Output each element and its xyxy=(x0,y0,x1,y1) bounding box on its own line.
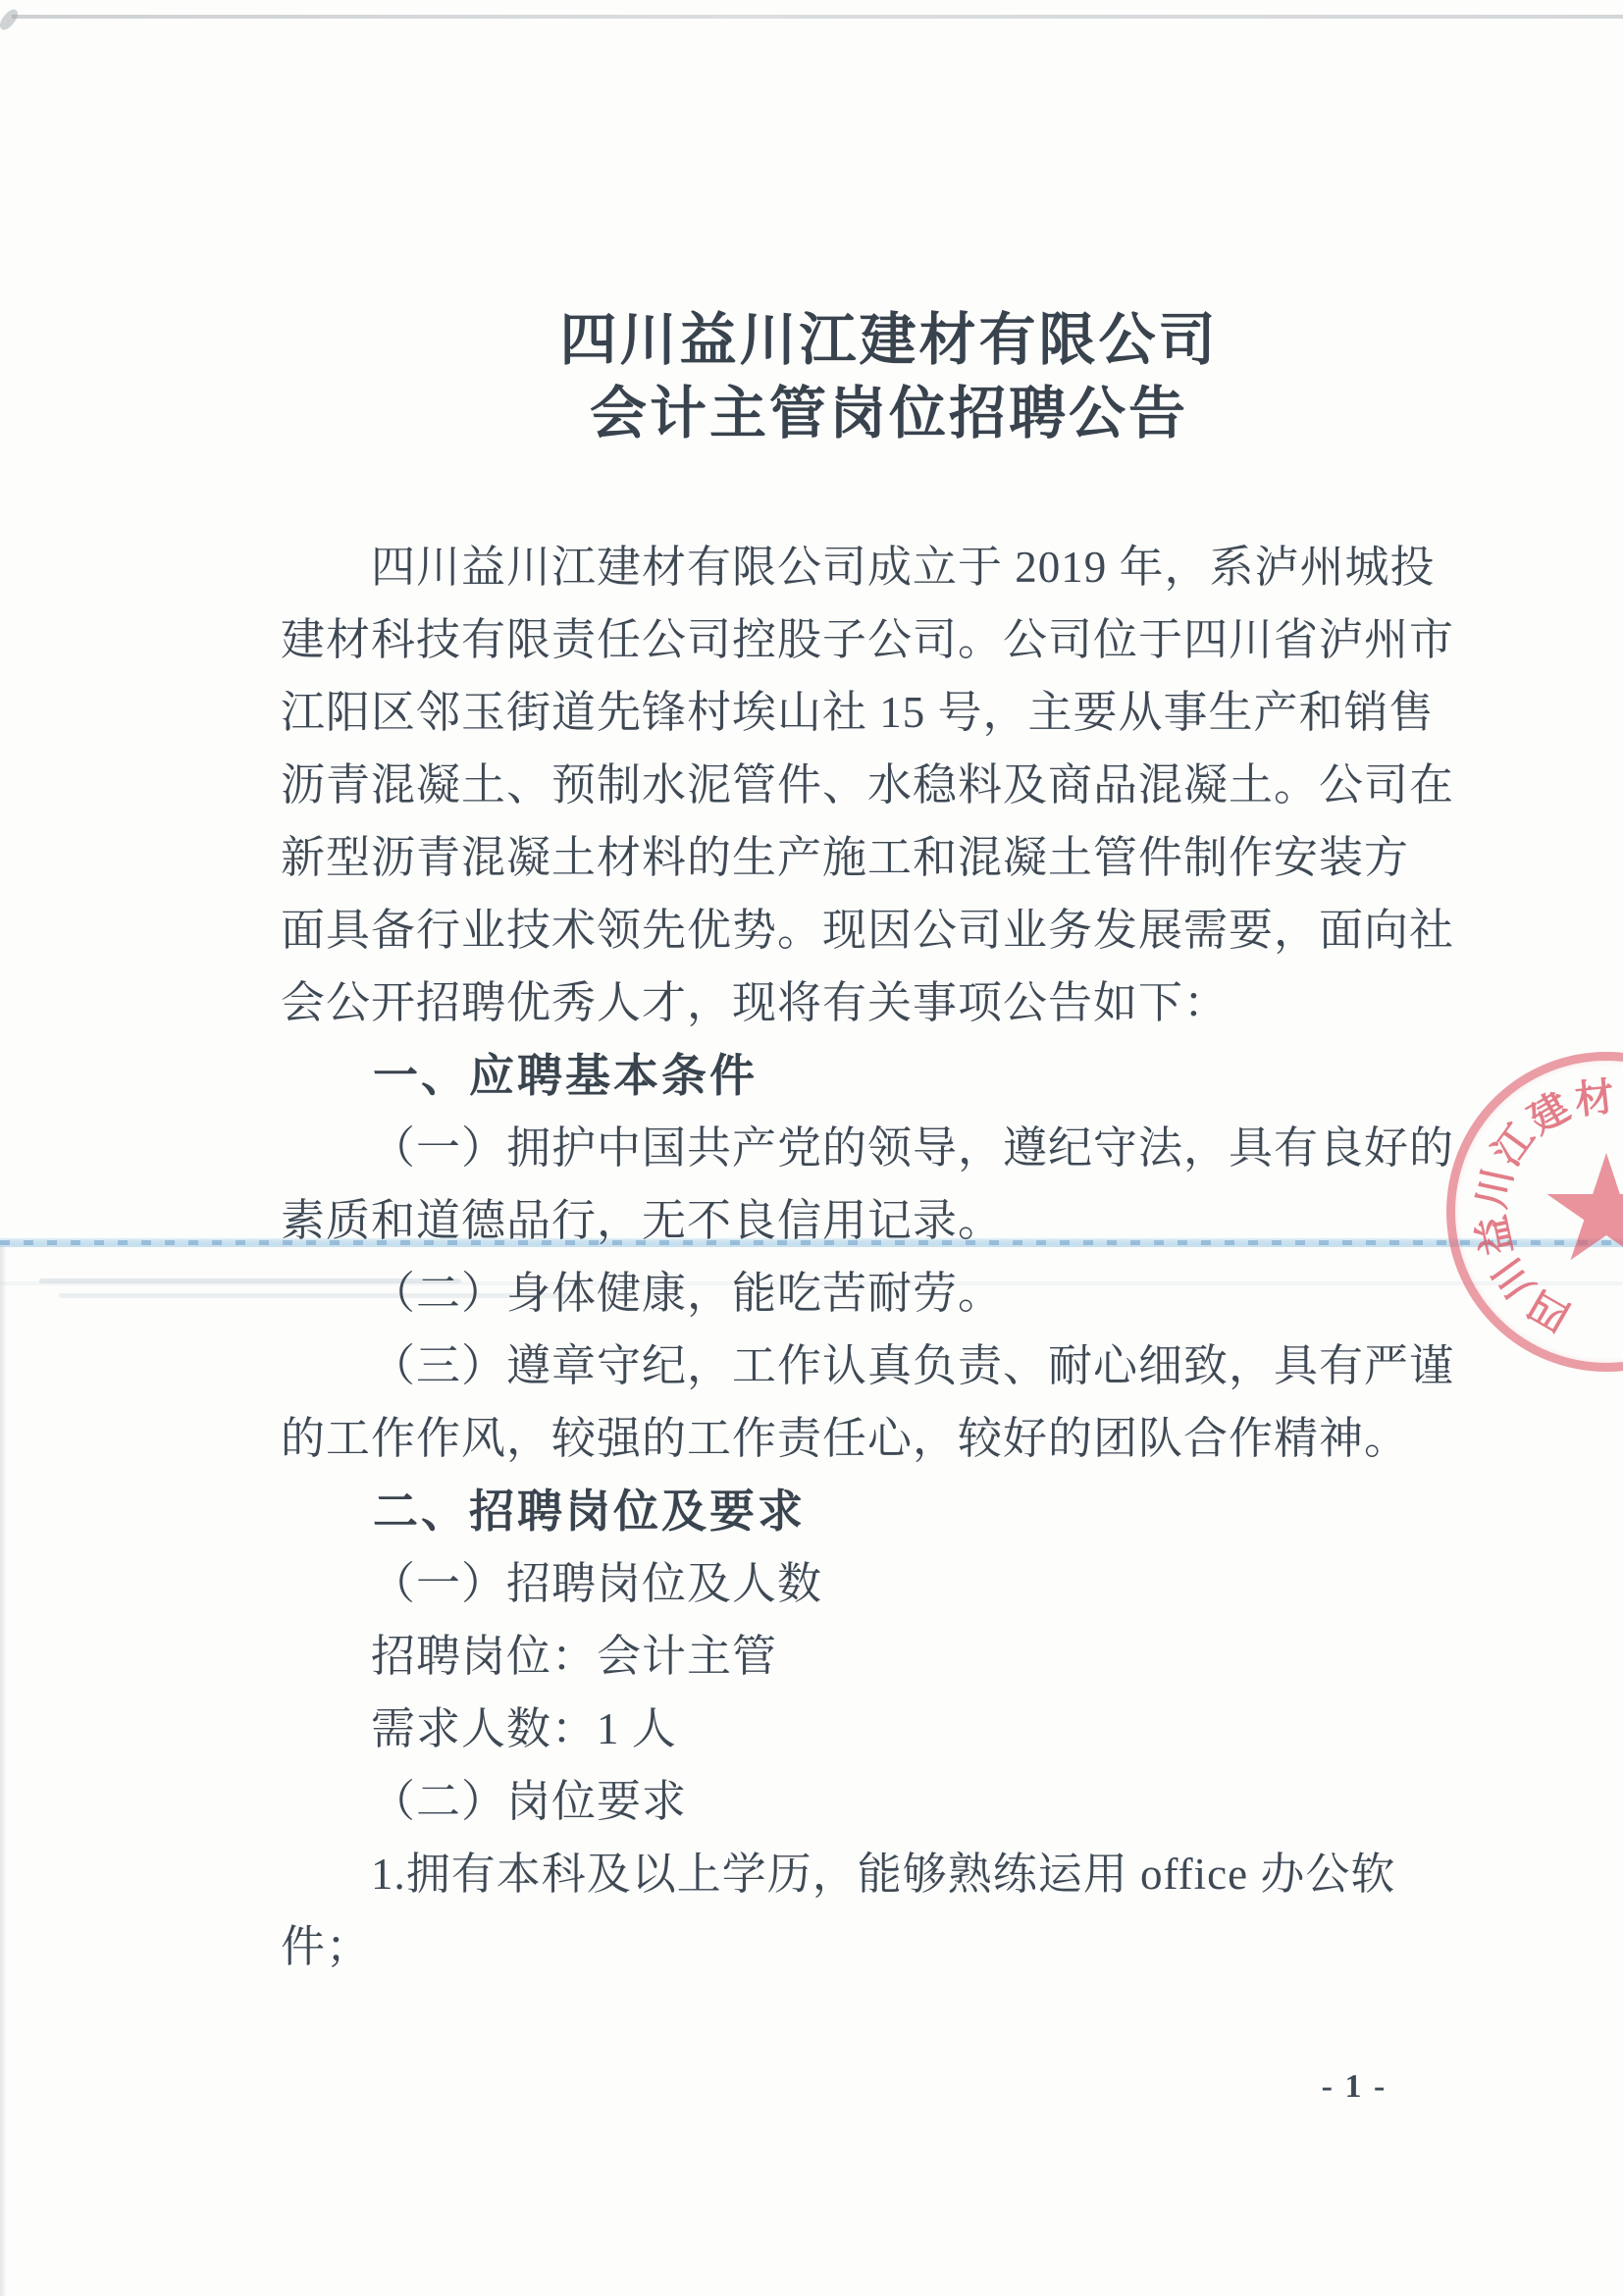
text-line: 1.拥有本科及以上学历，能够熟练运用 office 办公软 xyxy=(281,1838,1391,1910)
text-line: 件； xyxy=(281,1910,1391,1983)
document-body: 四川益川江建材有限公司成立于 2019 年，系泸州城投建材科技有限责任公司控股子… xyxy=(281,531,1391,1983)
text-line: 江阳区邻玉街道先锋村埃山社 15 号，主要从事生产和销售 xyxy=(281,676,1391,749)
text-line: 需求人数：1 人 xyxy=(281,1693,1391,1765)
seal-text-char: 材 xyxy=(1571,1074,1618,1122)
text-line: 招聘岗位：会计主管 xyxy=(281,1620,1391,1693)
seal-text-char: 益 xyxy=(1469,1210,1520,1261)
document-title: 四川益川江建材有限公司 会计主管岗位招聘公告 xyxy=(0,303,1623,450)
text-line: 建材科技有限责任公司控股子公司。公司位于四川省泸州市 xyxy=(281,603,1391,676)
text-line: 素质和道德品行，无不良信用记录。 xyxy=(281,1184,1391,1257)
section-heading: 一、应聘基本条件 xyxy=(281,1039,1391,1112)
text-line: （二）岗位要求 xyxy=(281,1765,1391,1838)
text-line: 面具备行业技术领先优势。现因公司业务发展需要，面向社 xyxy=(281,894,1391,966)
company-seal-stamp: 四川益川江建材有限公司 xyxy=(1446,1052,1623,1372)
text-line: 沥青混凝土、预制水泥管件、水稳料及商品混凝土。公司在 xyxy=(281,749,1391,821)
text-line: 新型沥青混凝土材料的生产施工和混凝土管件制作安装方 xyxy=(281,821,1391,894)
scan-artifact-corner-mark xyxy=(0,7,21,32)
page-number: - 1 - xyxy=(1285,2068,1423,2106)
scan-artifact-top-line xyxy=(12,15,1623,19)
scan-artifact-edge-shade xyxy=(0,1246,7,2296)
document-title-line-2: 会计主管岗位招聘公告 xyxy=(155,377,1623,450)
text-line: （一）招聘岗位及人数 xyxy=(281,1547,1391,1620)
text-line: （三）遵章守纪，工作认真负责、耐心细致，具有严谨 xyxy=(281,1330,1391,1402)
text-line: （一）拥护中国共产党的领导，遵纪守法，具有良好的 xyxy=(281,1112,1391,1184)
scanned-document-page: 四川益川江建材有限公司 会计主管岗位招聘公告 四川益川江建材有限公司成立于 20… xyxy=(0,0,1623,2296)
text-line: 会公开招聘优秀人才，现将有关事项公告如下： xyxy=(281,966,1391,1039)
text-line: 的工作作风，较强的工作责任心，较好的团队合作精神。 xyxy=(281,1402,1391,1475)
document-title-line-1: 四川益川江建材有限公司 xyxy=(155,303,1623,377)
text-line: 四川益川江建材有限公司成立于 2019 年，系泸州城投 xyxy=(281,531,1391,603)
text-line: （二）身体健康，能吃苦耐劳。 xyxy=(281,1257,1391,1330)
section-heading: 二、招聘岗位及要求 xyxy=(281,1475,1391,1547)
